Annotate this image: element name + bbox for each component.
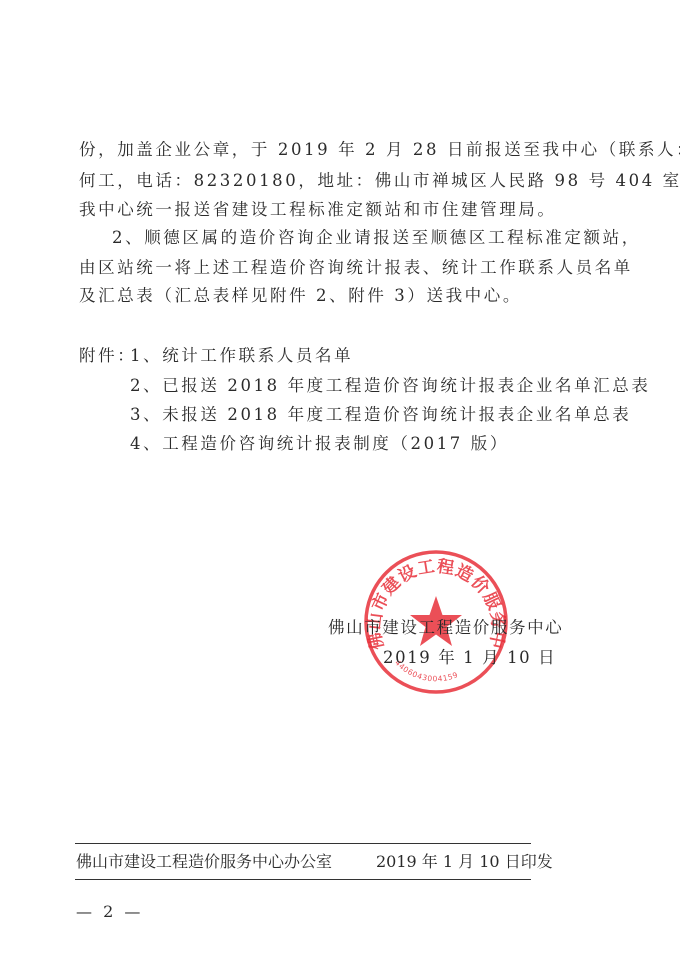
- paragraph-2-line-1: 2、顺德区属的造价咨询企业请报送至顺德区工程标准定额站，: [112, 228, 641, 248]
- page-number: — 2 —: [76, 902, 143, 921]
- footer-bottom-rule: [75, 879, 531, 880]
- attachments-label: 附件：: [79, 346, 136, 366]
- attachment-item-2: 2、已报送 2018 年度工程造价咨询统计报表企业名单汇总表: [130, 376, 650, 396]
- footer-top-rule: [75, 843, 531, 844]
- paragraph-1-line-1: 份，加盖企业公章，于 2019 年 2 月 28 日前报送至我中心（联系人：: [79, 140, 680, 160]
- paragraph-1-line-2: 何工，电话：82320180，地址：佛山市禅城区人民路 98 号 404 室），: [79, 171, 680, 191]
- paragraph-2-line-3: 及汇总表（汇总表样见附件 2、附件 3）送我中心。: [79, 286, 522, 306]
- paragraph-1-line-3: 我中心统一报送省建设工程标准定额站和市住建管理局。: [79, 200, 557, 220]
- attachment-item-1: 1、统计工作联系人员名单: [130, 346, 353, 366]
- attachment-item-4: 4、工程造价咨询统计报表制度（2017 版）: [130, 434, 509, 454]
- footer-issue-date: 2019 年 1 月 10 日印发: [376, 852, 529, 872]
- signature-organization: 佛山市建设工程造价服务中心: [328, 618, 563, 638]
- footer-issuer: 佛山市建设工程造价服务中心办公室: [76, 852, 332, 872]
- attachment-item-3: 3、未报送 2018 年度工程造价咨询统计报表企业名单总表: [130, 405, 631, 425]
- signature-date: 2019 年 1 月 10 日: [383, 648, 556, 668]
- paragraph-2-line-2: 由区站统一将上述工程造价咨询统计报表、统计工作联系人员名单: [79, 258, 633, 278]
